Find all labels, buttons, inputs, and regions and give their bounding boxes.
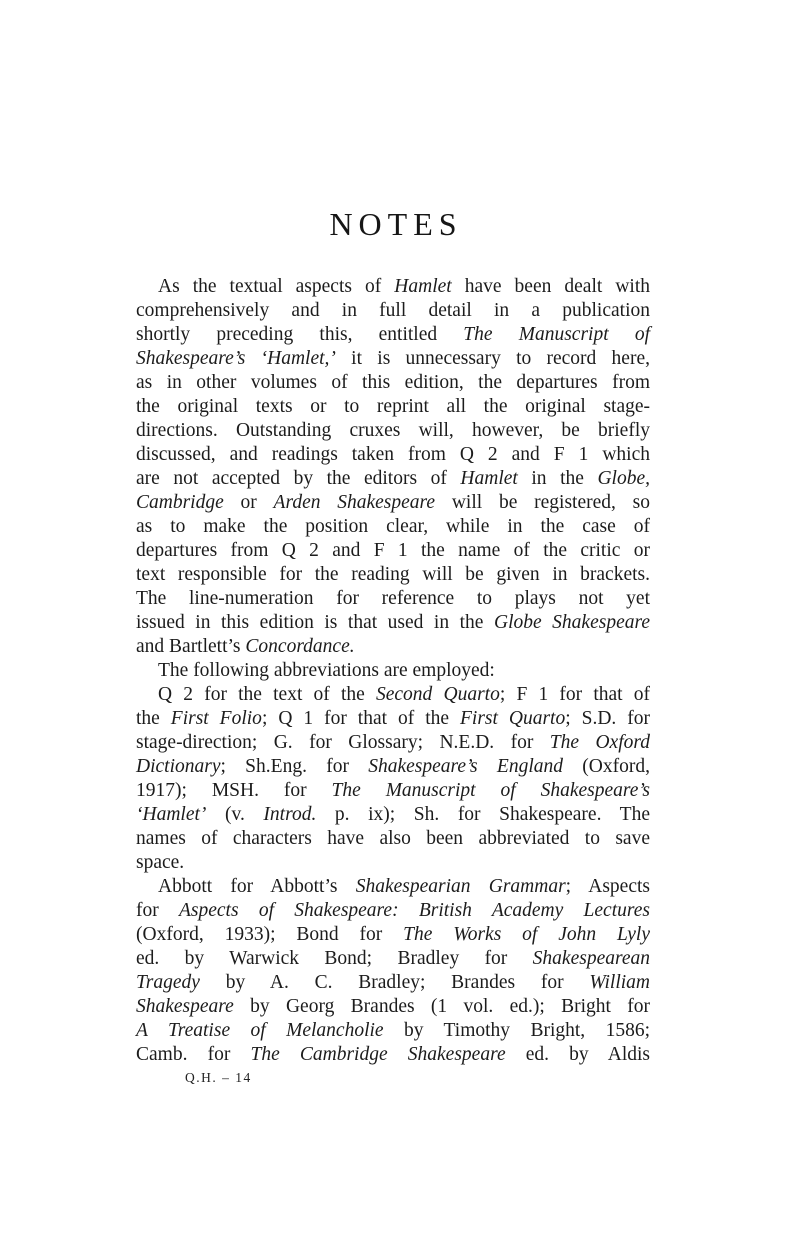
- text-line: issued in this edition is that used in t…: [136, 611, 650, 635]
- text-line: discussed, and readings taken from Q 2 a…: [136, 443, 650, 467]
- text-line: 1917); MSH. for The Manuscript of Shakes…: [136, 779, 650, 803]
- text-line: ed. by Warwick Bond; Bradley for Shakesp…: [136, 947, 650, 971]
- page-title: NOTES: [136, 206, 650, 243]
- text-line: departures from Q 2 and F 1 the name of …: [136, 539, 650, 563]
- body-text: As the textual aspects of Hamlet have be…: [136, 275, 650, 1067]
- heading-container: NOTES: [136, 206, 650, 243]
- text-line: (Oxford, 1933); Bond for The Works of Jo…: [136, 923, 650, 947]
- text-line: Cambridge or Arden Shakespeare will be r…: [136, 491, 650, 515]
- text-line: and Bartlett’s Concordance.: [136, 635, 650, 659]
- text-line: Shakespeare by Georg Brandes (1 vol. ed.…: [136, 995, 650, 1019]
- text-line: for Aspects of Shakespeare: British Acad…: [136, 899, 650, 923]
- text-line: Dictionary; Sh.Eng. for Shakespeare’s En…: [136, 755, 650, 779]
- text-line: as in other volumes of this edition, the…: [136, 371, 650, 395]
- text-line: the original texts or to reprint all the…: [136, 395, 650, 419]
- text-line: The line-numeration for reference to pla…: [136, 587, 650, 611]
- text-line: stage-direction; G. for Glossary; N.E.D.…: [136, 731, 650, 755]
- signature-mark: Q.H. – 14: [185, 1070, 252, 1086]
- text-line: are not accepted by the editors of Hamle…: [136, 467, 650, 491]
- text-line: names of characters have also been abbre…: [136, 827, 650, 851]
- text-line: comprehensively and in full detail in a …: [136, 299, 650, 323]
- text-line: space.: [136, 851, 650, 875]
- text-line: ‘Hamlet’ (v. Introd. p. ix); Sh. for Sha…: [136, 803, 650, 827]
- text-line: text responsible for the reading will be…: [136, 563, 650, 587]
- text-line: Abbott for Abbott’s Shakespearian Gramma…: [136, 875, 650, 899]
- text-line: shortly preceding this, entitled The Man…: [136, 323, 650, 347]
- text-line: Shakespeare’s ‘Hamlet,’ it is unnecessar…: [136, 347, 650, 371]
- text-line: Q 2 for the text of the Second Quarto; F…: [136, 683, 650, 707]
- text-line: directions. Outstanding cruxes will, how…: [136, 419, 650, 443]
- text-line: The following abbreviations are employed…: [136, 659, 650, 683]
- text-line: Camb. for The Cambridge Shakespeare ed. …: [136, 1043, 650, 1067]
- text-line: A Treatise of Melancholie by Timothy Bri…: [136, 1019, 650, 1043]
- text-line: the First Folio; Q 1 for that of the Fir…: [136, 707, 650, 731]
- book-page: NOTES As the textual aspects of Hamlet h…: [0, 0, 800, 1237]
- text-line: as to make the position clear, while in …: [136, 515, 650, 539]
- text-line: As the textual aspects of Hamlet have be…: [136, 275, 650, 299]
- text-line: Tragedy by A. C. Bradley; Brandes for Wi…: [136, 971, 650, 995]
